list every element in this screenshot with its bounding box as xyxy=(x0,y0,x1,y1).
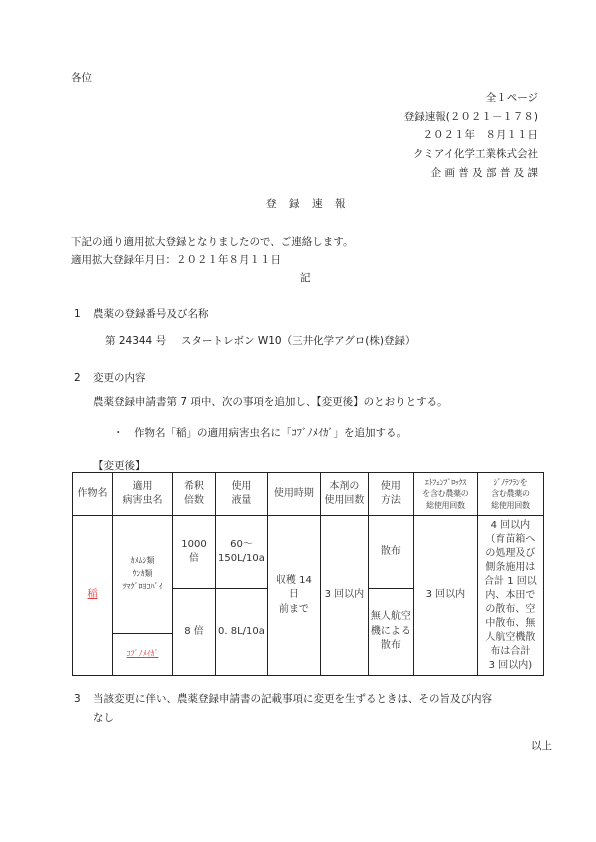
section2-bullet: ・ 作物名「稲」の適用病害虫名に「ｺﾌﾞﾉﾒｲｶﾞ」を追加する。 xyxy=(113,428,407,439)
pest-added-cell: ｺﾌﾞﾉﾒｲｶﾞ xyxy=(113,634,173,676)
header-timing: 使用時期 xyxy=(267,473,320,516)
addressee: 各位 xyxy=(71,73,92,84)
crop-name: 稲 xyxy=(88,589,98,600)
section2-heading: 変更の内容 xyxy=(93,373,146,384)
registration-date-line: 適用拡大登録年月日：２０２１年８月１１日 xyxy=(71,255,281,266)
header-dilution: 希釈 倍数 xyxy=(173,473,216,516)
pest-added: ｺﾌﾞﾉﾒｲｶﾞ xyxy=(127,649,159,658)
registration-number: 第 24344 号 xyxy=(105,336,166,347)
timing: 収穫 14 日 前まで xyxy=(267,516,320,676)
section3-body: なし xyxy=(93,713,114,724)
header-dinotefuran: ｼﾞﾉﾃﾌﾗﾝを 含む農薬の 総使用回数 xyxy=(477,473,543,516)
section3-number: 3 xyxy=(74,694,81,705)
registration-table: 作物名 適用 病害虫名 希釈 倍数 使用 液量 使用時期 本剤の 使用回数 使用… xyxy=(72,472,544,676)
closing: 以上 xyxy=(531,741,552,752)
section1-number: 1 xyxy=(74,309,81,320)
department-name: 企 画 普 及 部 普 及 課 xyxy=(431,168,538,179)
header-uses: 本剤の 使用回数 xyxy=(320,473,368,516)
table-header-row: 作物名 適用 病害虫名 希釈 倍数 使用 液量 使用時期 本剤の 使用回数 使用… xyxy=(73,473,544,516)
header-volume: 使用 液量 xyxy=(216,473,268,516)
crop-cell: 稲 xyxy=(73,516,113,676)
report-number: 登録速報(２０２１－１７８) xyxy=(404,112,538,123)
etofenprox-total: 3 回以内 xyxy=(413,516,477,676)
method-2: 無人航空 機による 散布 xyxy=(368,589,413,676)
intro-line-1: 下記の通り適用拡大登録となりましたので、ご連絡します。 xyxy=(71,237,353,248)
ki-mark: 記 xyxy=(300,273,311,284)
header-method: 使用 方法 xyxy=(368,473,413,516)
dilution-1: 1000 倍 xyxy=(173,516,216,589)
volume-1: 60～ 150L/10a xyxy=(216,516,268,589)
document-title: 登 録 速 報 xyxy=(266,199,347,210)
header-etofenprox: ｴﾄﾌｪﾝﾌﾟﾛｯｸｽ を含む農薬の 総使用回数 xyxy=(413,473,477,516)
pests-existing: ｶﾒﾑｼ類 ｳﾝｶ類 ﾂﾏｸﾞﾛﾖｺﾊﾞｲ xyxy=(113,516,173,634)
header-crop: 作物名 xyxy=(73,473,113,516)
section2-number: 2 xyxy=(74,373,81,384)
section2-body: 農薬登録申請書第 7 項中、次の事項を追加し、【変更後】のとおりとする。 xyxy=(93,397,448,408)
page-count: 全１ページ xyxy=(486,93,538,104)
dinotefuran-total: 4 回以内 （育苗箱へ の処理及び 側条施用は 合計 1 回以 内、本田で の散… xyxy=(477,516,543,676)
section1-heading: 農薬の登録番号及び名称 xyxy=(93,309,209,320)
company-name: クミアイ化学工業株式会社 xyxy=(413,149,538,160)
issue-date: ２０２１年 ８月１１日 xyxy=(423,130,539,141)
method-1: 散布 xyxy=(368,516,413,589)
table-caption: 【変更後】 xyxy=(93,461,146,472)
header-pest: 適用 病害虫名 xyxy=(113,473,173,516)
volume-2: 0. 8L/10a xyxy=(216,589,268,676)
dilution-2: 8 倍 xyxy=(173,589,216,676)
uses: 3 回以内 xyxy=(320,516,368,676)
product-name: スタートレボン W10（三井化学アグロ(株)登録） xyxy=(181,336,415,347)
section3-heading: 当該変更に伴い、農薬登録申請書の記載事項に変更を生ずるときは、その旨及び内容 xyxy=(93,694,492,705)
